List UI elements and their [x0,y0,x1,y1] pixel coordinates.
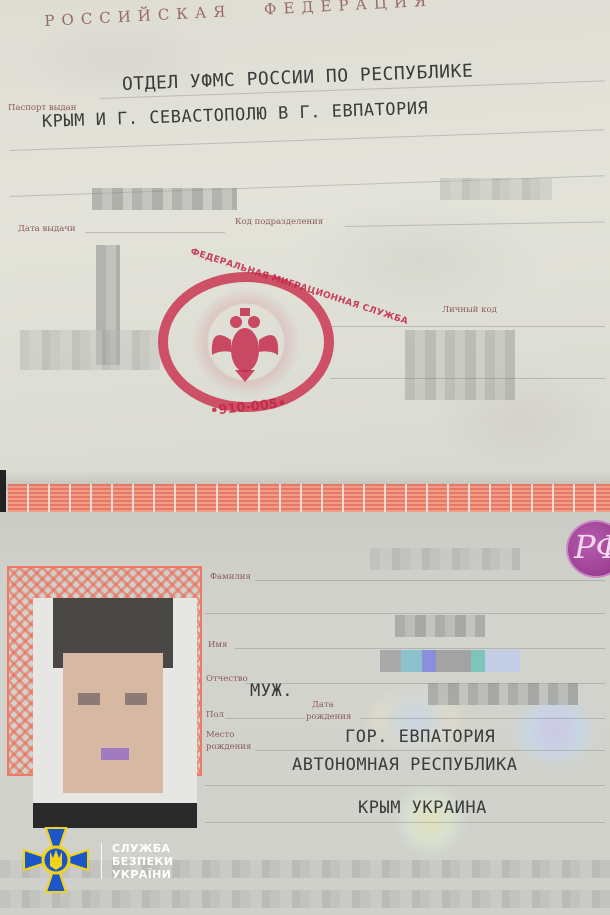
patronymic-redacted [380,650,520,672]
birth-date-redacted [428,683,578,705]
rule [255,580,605,581]
rule [205,822,605,823]
birth-date-label-2: рождения [306,712,351,722]
rule [235,648,605,649]
holder-photo-redacted [33,598,197,828]
sbu-wordmark: СЛУЖБА БЕЗПЕКИ УКРАЇНИ [112,842,173,881]
patronymic-label: Отчество [206,674,248,684]
issue-date-label: Дата выдачи [18,224,76,234]
birth-date-label-1: Дата [312,700,334,710]
issue-date-redacted [92,188,237,210]
eagle-emblem-icon [190,300,300,390]
surname-redacted [370,548,520,570]
sex-value: МУЖ. [250,681,293,701]
rule [225,718,305,719]
sbu-line3: УКРАЇНИ [112,868,173,881]
name-redacted [395,615,485,637]
security-band [8,484,610,512]
sex-label: Пол [206,710,224,720]
birth-place-line2: АВТОНОМНАЯ РЕСПУБЛИКА [292,755,517,775]
passport-photo: РОССИЙСКАЯ ФЕДЕРАЦИЯ ОТДЕЛ УФМС РОССИИ П… [0,0,610,915]
surname-label: Фамилия [210,572,251,582]
country-title-word2: ФЕДЕРАЦИЯ [264,0,434,18]
mrz-line2-redacted [0,890,610,908]
hologram-glare [520,700,590,760]
personal-code-redacted [405,330,515,400]
signature-redacted-tail [20,330,160,370]
rule [330,326,605,327]
rule [205,785,605,786]
birth-place-line1: ГОР. ЕВПАТОРИЯ [345,727,495,747]
rule [330,378,605,379]
sbu-divider [101,843,102,879]
birth-place-label-2: рождения [206,742,251,752]
rule [205,613,605,614]
name-label: Имя [208,640,227,650]
sbu-line1: СЛУЖБА [112,842,173,855]
rule [255,750,605,751]
subdivision-code-label: Код подразделения [235,217,323,227]
birth-place-line3: КРЫМ УКРАИНА [358,798,487,818]
rule [360,718,605,719]
personal-code-label: Личный код [442,305,497,315]
mrz-line1-redacted [0,860,610,878]
sbu-line2: БЕЗПЕКИ [112,855,173,868]
subdivision-code-redacted [440,178,552,200]
rule [85,232,225,233]
sbu-cross-trident-icon [22,826,90,894]
birth-place-label-1: Место [206,730,234,740]
